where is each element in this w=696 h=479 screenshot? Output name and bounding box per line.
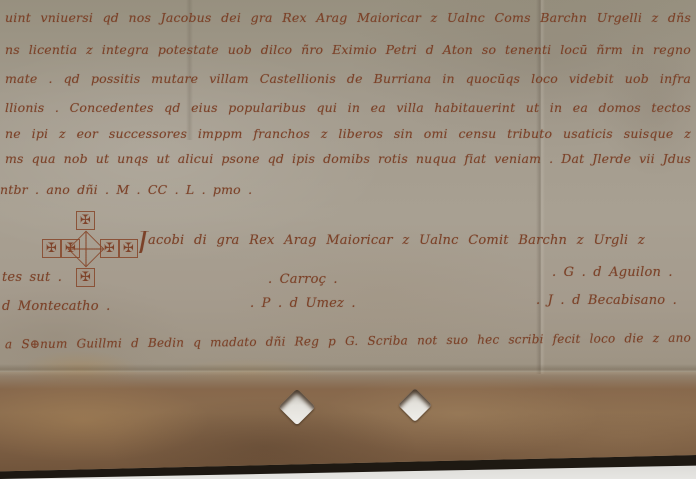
- cross-pattee-icon: ✠: [76, 211, 95, 230]
- witness-umez: . P . d Umez .: [250, 294, 356, 316]
- text-line-5: ne ipi z eor successores imppm franchos …: [5, 124, 691, 146]
- text-line-6: ms qua nob ut unqs ut alicui psone qd ip…: [5, 149, 691, 171]
- subscription-initial: J: [137, 231, 148, 253]
- parchment: uint vniuersi qd nos Jacobus dei gra Rex…: [0, 0, 696, 479]
- subscription-text: acobi di gra Rex Arag Maioricar z Ualnc …: [137, 233, 645, 253]
- seal-hole-right: [398, 388, 432, 422]
- text-line-3: mate . qd possitis mutare villam Castell…: [5, 69, 691, 91]
- witness-becabisano: . J . d Becabisano .: [536, 291, 677, 313]
- seal-hole-left: [279, 389, 316, 426]
- cross-pattee-icon: ✠: [42, 239, 61, 258]
- notary-line: a S⊕num Guillmi d Bedin q madato dñi Reg…: [5, 328, 691, 357]
- signum-center-diamond: [68, 231, 105, 268]
- cross-pattee-icon: ✠: [119, 239, 138, 258]
- witness-carroc: . Carroç .: [268, 270, 338, 292]
- royal-subscription: Jacobi di gra Rex Arag Maioricar z Ualnc…: [137, 231, 645, 253]
- manuscript-photo: uint vniuersi qd nos Jacobus dei gra Rex…: [0, 0, 696, 479]
- text-line-1: uint vniuersi qd nos Jacobus dei gra Rex…: [5, 8, 691, 30]
- text-line-2: ns licentia z integra potestate uob dilc…: [5, 40, 691, 62]
- witness-montecatho: d Montecatho .: [2, 297, 110, 319]
- witness-aguilon: . G . d Aguilon .: [552, 263, 673, 285]
- witness-testes-sunt-label: tes sut .: [2, 268, 62, 290]
- cross-pattee-icon: ✠: [76, 268, 95, 287]
- text-line-7-date: ntbr . ano dñi . M . CC . L . pmo .: [0, 180, 300, 202]
- text-line-4: llionis . Concedentes qd eius popularibu…: [5, 98, 691, 120]
